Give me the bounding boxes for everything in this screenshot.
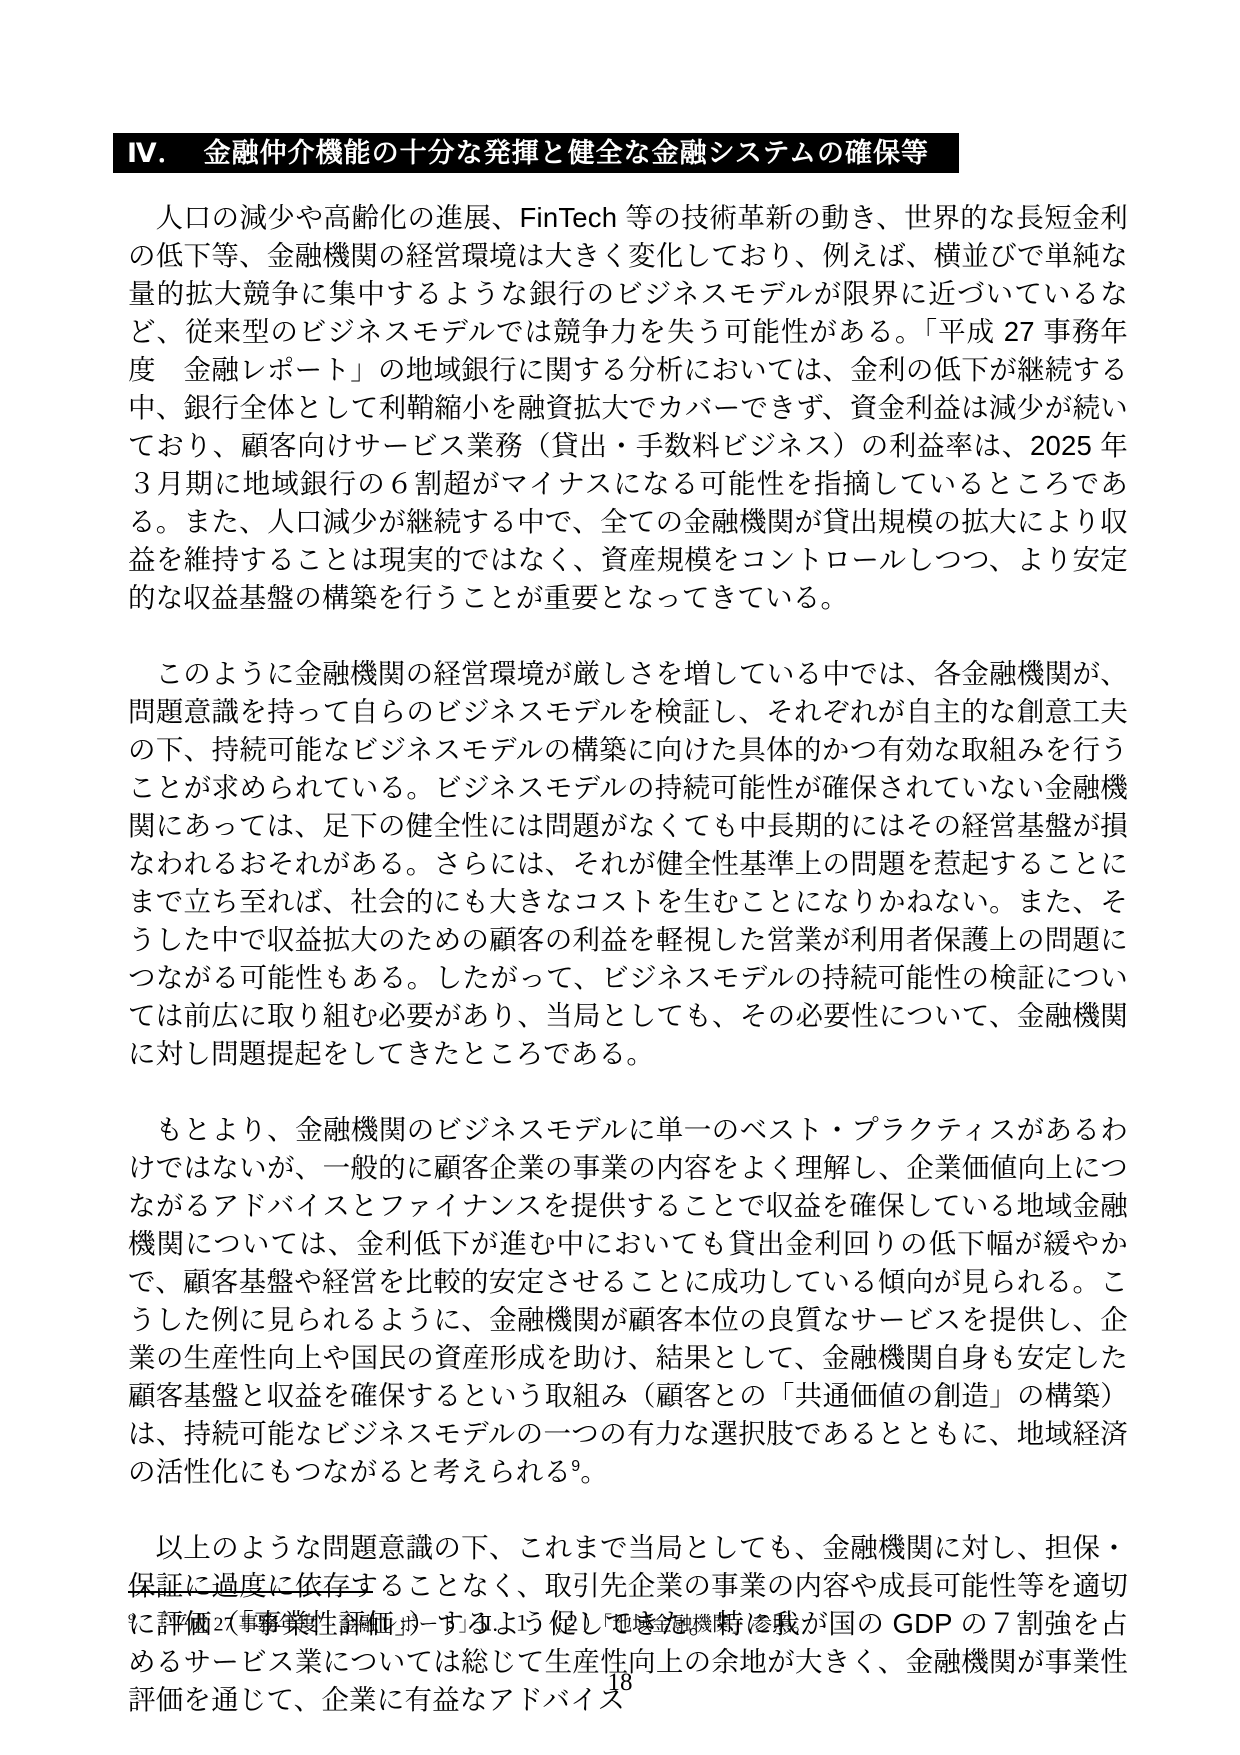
paragraph: 人口の減少や高齢化の進展、FinTech 等の技術革新の動き、世界的な長短金利の… [128,199,1128,617]
document-page: Ⅳ． 金融仲介機能の十分な発揮と健全な金融システムの確保等 人口の減少や高齢化の… [0,0,1240,1755]
paragraph-text-after-ref: 。 [580,1456,608,1487]
footnote: 9「平成 27 事務年度 金融レポート」Ⅱ．１．（２）「地域金融機関」参照。 [128,1605,1128,1639]
section-number: Ⅳ． [127,133,186,173]
paragraph-text: 人口の減少や高齢化の進展、FinTech 等の技術革新の動き、世界的な長短金利の… [128,202,1128,613]
paragraph-text: もとより、金融機関のビジネスモデルに単一のベスト・プラクティスがあるわけではない… [128,1114,1128,1487]
paragraph: もとより、金融機関のビジネスモデルに単一のベスト・プラクティスがあるわけではない… [128,1111,1128,1491]
body-text-column: 人口の減少や高齢化の進展、FinTech 等の技術革新の動き、世界的な長短金利の… [128,199,1128,1755]
section-title: 金融仲介機能の十分な発揮と健全な金融システムの確保等 [204,133,929,173]
footnote-text: 「平成 27 事務年度 金融レポート」Ⅱ．１．（２）「地域金融機関」参照。 [149,1614,813,1636]
paragraph: このように金融機関の経営環境が厳しさを増している中では、各金融機関が、問題意識を… [128,655,1128,1073]
footnote-ref: 9 [571,1458,580,1475]
footnote-separator-rule [128,1591,373,1593]
footnote-marker: 9 [128,1611,135,1626]
paragraph-text: このように金融機関の経営環境が厳しさを増している中では、各金融機関が、問題意識を… [128,658,1128,1069]
footnote-area: 9「平成 27 事務年度 金融レポート」Ⅱ．１．（２）「地域金融機関」参照。 [128,1591,1128,1639]
section-heading: Ⅳ． 金融仲介機能の十分な発揮と健全な金融システムの確保等 [113,133,959,173]
page-number: 18 [0,1669,1240,1697]
